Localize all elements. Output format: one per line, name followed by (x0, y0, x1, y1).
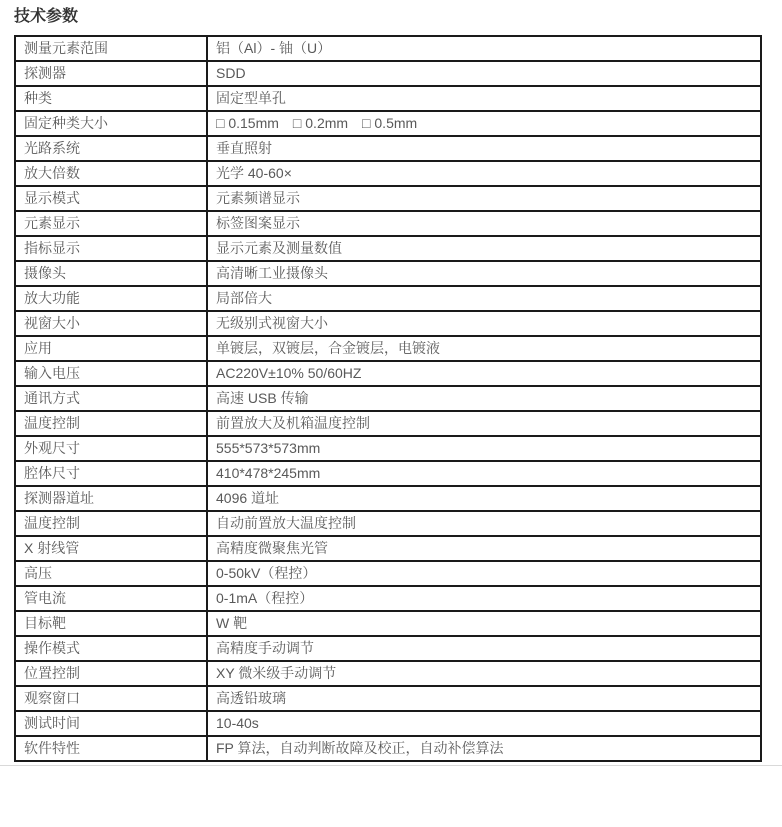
param-label: 目标靶 (15, 611, 207, 636)
param-value: 前置放大及机箱温度控制 (207, 411, 761, 436)
table-row: 输入电压AC220V±10% 50/60HZ (15, 361, 761, 386)
table-row: 视窗大小无级别式视窗大小 (15, 311, 761, 336)
param-value: 410*478*245mm (207, 461, 761, 486)
param-value: 单镀层，双镀层，合金镀层，电镀液 (207, 336, 761, 361)
table-row: 元素显示标签图案显示 (15, 211, 761, 236)
param-value: FP 算法，自动判断故障及校正，自动补偿算法 (207, 736, 761, 761)
param-value: AC220V±10% 50/60HZ (207, 361, 761, 386)
table-row: 探测器道址4096 道址 (15, 486, 761, 511)
table-row: 显示模式元素频谱显示 (15, 186, 761, 211)
param-label: 显示模式 (15, 186, 207, 211)
table-row: 应用单镀层，双镀层，合金镀层，电镀液 (15, 336, 761, 361)
param-label: 操作模式 (15, 636, 207, 661)
bottom-divider (0, 765, 782, 766)
param-value: 垂直照射 (207, 136, 761, 161)
table-row: 探测器SDD (15, 61, 761, 86)
param-label: 高压 (15, 561, 207, 586)
table-row: 测试时间10-40s (15, 711, 761, 736)
table-row: 高压0-50kV（程控） (15, 561, 761, 586)
table-row: 放大倍数光学 40-60× (15, 161, 761, 186)
param-value: □ 0.15mm □ 0.2mm □ 0.5mm (207, 111, 761, 136)
param-label: 位置控制 (15, 661, 207, 686)
param-value: 元素频谱显示 (207, 186, 761, 211)
param-value: 无级别式视窗大小 (207, 311, 761, 336)
param-value: 高速 USB 传输 (207, 386, 761, 411)
param-label: 输入电压 (15, 361, 207, 386)
param-value: 显示元素及测量数值 (207, 236, 761, 261)
table-row: 软件特性FP 算法，自动判断故障及校正，自动补偿算法 (15, 736, 761, 761)
param-value: 铝（Al）- 铀（U） (207, 36, 761, 61)
table-row: 温度控制前置放大及机箱温度控制 (15, 411, 761, 436)
param-value: W 靶 (207, 611, 761, 636)
param-label: 固定种类大小 (15, 111, 207, 136)
param-value: 0-50kV（程控） (207, 561, 761, 586)
param-value: 自动前置放大温度控制 (207, 511, 761, 536)
page-title: 技术参数 (14, 7, 762, 26)
param-label: 元素显示 (15, 211, 207, 236)
param-label: 通讯方式 (15, 386, 207, 411)
param-label: 探测器 (15, 61, 207, 86)
table-row: 腔体尺寸410*478*245mm (15, 461, 761, 486)
param-label: X 射线管 (15, 536, 207, 561)
table-row: 操作模式高精度手动调节 (15, 636, 761, 661)
table-row: 观察窗口高透铅玻璃 (15, 686, 761, 711)
param-label: 种类 (15, 86, 207, 111)
table-row: 固定种类大小□ 0.15mm □ 0.2mm □ 0.5mm (15, 111, 761, 136)
param-value: 高精度微聚焦光管 (207, 536, 761, 561)
table-row: 外观尺寸555*573*573mm (15, 436, 761, 461)
param-label: 温度控制 (15, 411, 207, 436)
param-label: 观察窗口 (15, 686, 207, 711)
param-label: 放大功能 (15, 286, 207, 311)
table-row: 放大功能局部倍大 (15, 286, 761, 311)
param-value: 光学 40-60× (207, 161, 761, 186)
param-value: 局部倍大 (207, 286, 761, 311)
param-label: 管电流 (15, 586, 207, 611)
table-row: 温度控制自动前置放大温度控制 (15, 511, 761, 536)
table-row: 目标靶W 靶 (15, 611, 761, 636)
table-row: 摄像头高清晰工业摄像头 (15, 261, 761, 286)
param-label: 指标显示 (15, 236, 207, 261)
param-value: 10-40s (207, 711, 761, 736)
spec-table: 测量元素范围铝（Al）- 铀（U）探测器SDD种类固定型单孔固定种类大小□ 0.… (14, 35, 762, 762)
table-row: 通讯方式高速 USB 传输 (15, 386, 761, 411)
param-value: 4096 道址 (207, 486, 761, 511)
param-label: 探测器道址 (15, 486, 207, 511)
param-value: XY 微米级手动调节 (207, 661, 761, 686)
param-label: 测量元素范围 (15, 36, 207, 61)
param-label: 外观尺寸 (15, 436, 207, 461)
table-row: 光路系统垂直照射 (15, 136, 761, 161)
param-label: 光路系统 (15, 136, 207, 161)
param-value: SDD (207, 61, 761, 86)
param-value: 标签图案显示 (207, 211, 761, 236)
param-label: 腔体尺寸 (15, 461, 207, 486)
param-label: 摄像头 (15, 261, 207, 286)
param-label: 软件特性 (15, 736, 207, 761)
param-value: 555*573*573mm (207, 436, 761, 461)
table-row: 测量元素范围铝（Al）- 铀（U） (15, 36, 761, 61)
param-label: 温度控制 (15, 511, 207, 536)
param-value: 高透铅玻璃 (207, 686, 761, 711)
param-label: 放大倍数 (15, 161, 207, 186)
table-row: 种类固定型单孔 (15, 86, 761, 111)
param-label: 应用 (15, 336, 207, 361)
param-value: 高清晰工业摄像头 (207, 261, 761, 286)
table-row: 管电流0-1mA（程控） (15, 586, 761, 611)
table-row: 指标显示显示元素及测量数值 (15, 236, 761, 261)
param-value: 0-1mA（程控） (207, 586, 761, 611)
table-row: 位置控制XY 微米级手动调节 (15, 661, 761, 686)
param-value: 固定型单孔 (207, 86, 761, 111)
param-label: 测试时间 (15, 711, 207, 736)
spec-table-body: 测量元素范围铝（Al）- 铀（U）探测器SDD种类固定型单孔固定种类大小□ 0.… (15, 36, 761, 761)
param-label: 视窗大小 (15, 311, 207, 336)
param-value: 高精度手动调节 (207, 636, 761, 661)
table-row: X 射线管高精度微聚焦光管 (15, 536, 761, 561)
spec-page: 技术参数 测量元素范围铝（Al）- 铀（U）探测器SDD种类固定型单孔固定种类大… (0, 0, 782, 766)
